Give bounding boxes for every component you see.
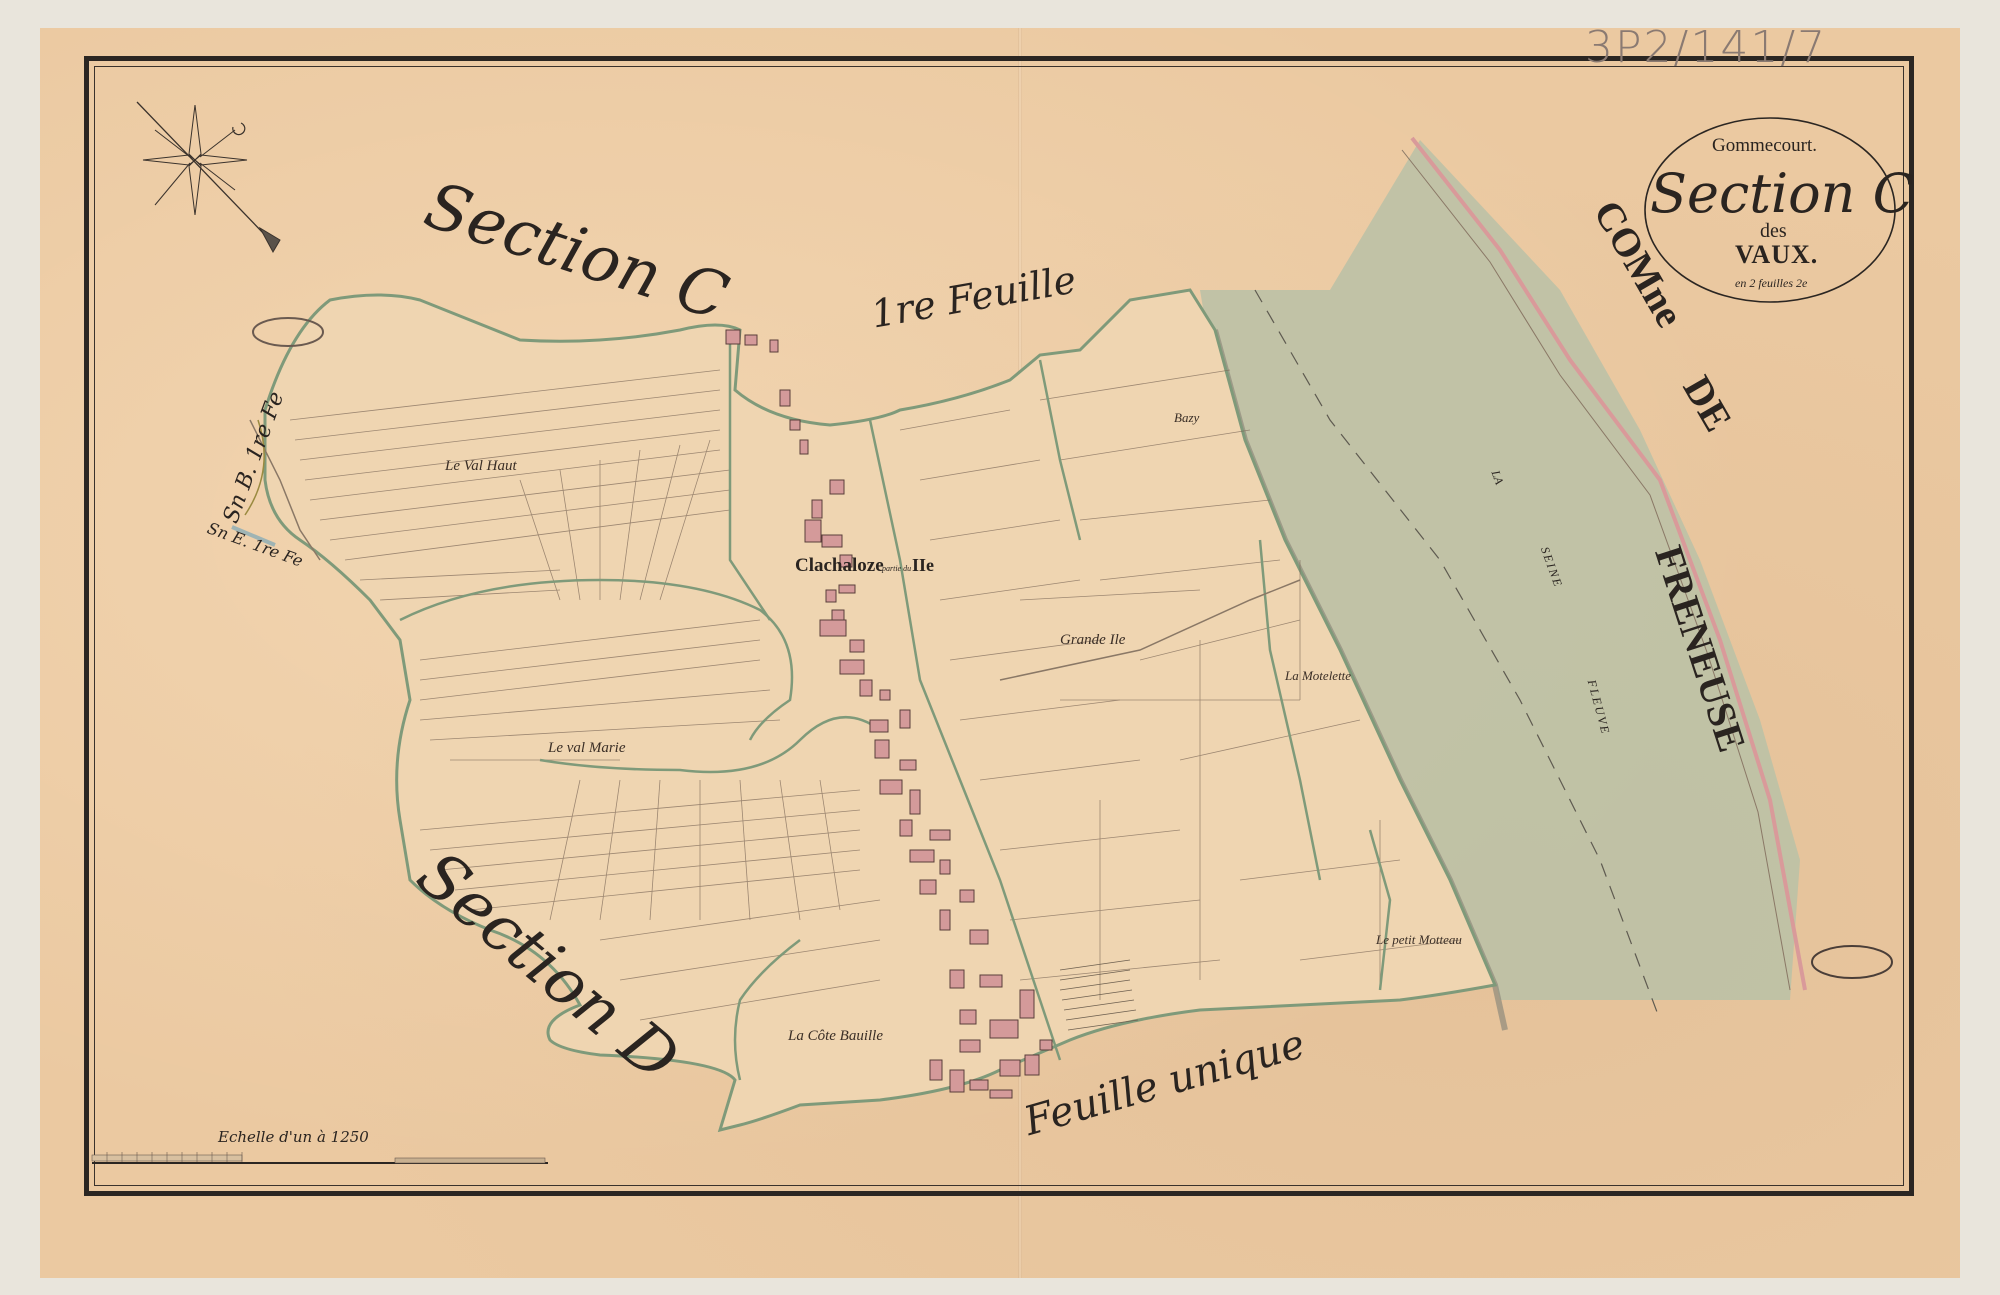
cartouche-sheets-note: en 2 feuilles 2e [1735, 276, 1807, 291]
cartouche-place-name: VAUX. [1735, 240, 1818, 270]
place-petit-motteau: Le petit Motteau [1376, 932, 1462, 948]
place-hamlet-roman: IIe [912, 555, 934, 576]
compass-rose [137, 102, 280, 252]
place-grande-ile: Grande Ile [1060, 632, 1125, 649]
archive-catalog-number: 3P2/141/7 [1585, 22, 1827, 73]
scale-bar[interactable] [92, 1152, 548, 1163]
place-motelette: La Motelette [1285, 668, 1351, 684]
scale-label: Echelle d'un à 1250 [218, 1128, 369, 1146]
place-val-marie: Le val Marie [548, 740, 625, 757]
cartouche-section-title: Section C [1650, 162, 1914, 225]
place-bazy: Bazy [1174, 410, 1199, 426]
cartouche-commune: Gommecourt. [1712, 135, 1817, 157]
place-hamlet-suffix: partie du [882, 564, 911, 573]
place-val-haut: Le Val Haut [445, 458, 517, 475]
place-hamlet: Clachaloze [795, 555, 884, 577]
place-cote-bauille: La Côte Bauille [788, 1028, 883, 1045]
archive-stamp-right [1812, 946, 1892, 978]
